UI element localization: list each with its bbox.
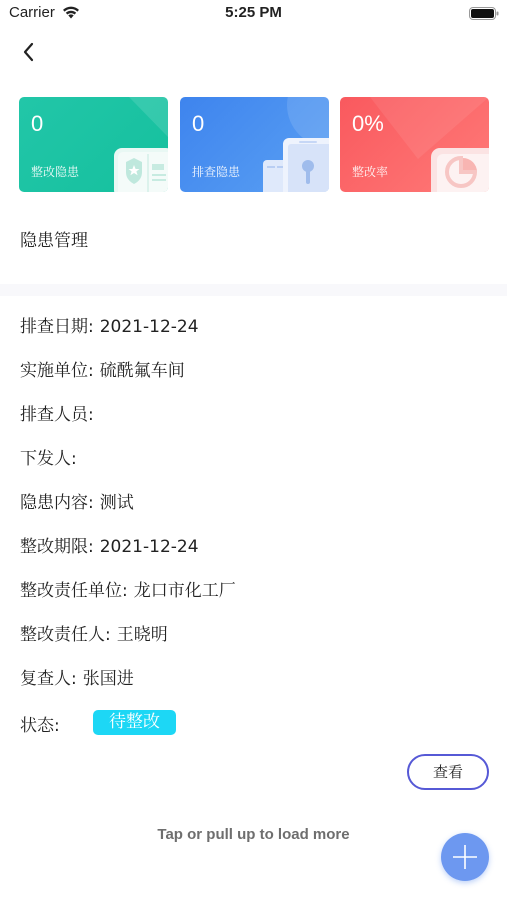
field-status: 状态: 待整改 (20, 710, 60, 736)
field-label: 整改责任人: (20, 622, 111, 666)
section-divider (0, 284, 507, 296)
shield-star-icon (114, 148, 168, 192)
field-inspection-date: 排查日期: 2021-12-24 (20, 314, 490, 358)
status-label: 状态: (20, 711, 60, 736)
field-label: 整改责任单位: (20, 578, 128, 622)
field-hazard-content: 隐患内容: 测试 (20, 490, 490, 534)
field-responsible-person: 整改责任人: 王晓明 (20, 622, 490, 666)
field-rectification-deadline: 整改期限: 2021-12-24 (20, 534, 490, 578)
field-value: 龙口市化工厂 (134, 578, 236, 622)
stat-card-rectification-rate[interactable]: 0% 整改率 (340, 97, 489, 192)
stat-card-rectified-hazards[interactable]: 0 整改隐患 (19, 97, 168, 192)
load-more-link[interactable]: Tap or pull up to load more (0, 826, 507, 843)
field-label: 整改期限: (20, 534, 94, 578)
status-badge: 待整改 (93, 710, 176, 735)
field-implementing-unit: 实施单位: 硫酰氟车间 (20, 358, 490, 402)
stat-card-label: 整改隐患 (31, 163, 79, 180)
battery-icon (469, 7, 499, 20)
hazard-record: 排查日期: 2021-12-24 实施单位: 硫酰氟车间 排查人员: 下发人: … (20, 314, 490, 710)
stat-cards: 0 整改隐患 0 排查隐患 (19, 97, 489, 192)
stat-card-value: 0 (192, 111, 204, 137)
field-value: 硫酰氟车间 (100, 358, 185, 402)
key-document-icon (263, 138, 329, 192)
field-value: 测试 (100, 490, 134, 534)
field-value: 张国进 (83, 666, 134, 710)
stat-card-value: 0% (352, 111, 384, 137)
chevron-left-icon (22, 42, 34, 62)
add-button[interactable] (441, 833, 489, 881)
field-label: 实施单位: (20, 358, 94, 402)
section-title: 隐患管理 (20, 226, 88, 251)
field-value: 2021-12-24 (100, 314, 199, 358)
stat-card-label: 整改率 (352, 163, 388, 180)
field-value: 2021-12-24 (100, 534, 199, 578)
field-label: 排查人员: (20, 402, 94, 446)
status-bar: Carrier 5:25 PM (0, 0, 507, 30)
field-label: 排查日期: (20, 314, 94, 358)
stat-card-value: 0 (31, 111, 43, 137)
field-value: 王晓明 (117, 622, 168, 666)
field-label: 复查人: (20, 666, 77, 710)
field-issuer: 下发人: (20, 446, 490, 490)
field-label: 隐患内容: (20, 490, 94, 534)
stat-card-inspected-hazards[interactable]: 0 排查隐患 (180, 97, 329, 192)
stat-card-label: 排查隐患 (192, 163, 240, 180)
back-button[interactable] (16, 40, 40, 64)
field-reviewer: 复查人: 张国进 (20, 666, 490, 710)
field-responsible-unit: 整改责任单位: 龙口市化工厂 (20, 578, 490, 622)
field-label: 下发人: (20, 446, 77, 490)
view-button[interactable]: 查看 (407, 754, 489, 790)
field-inspectors: 排查人员: (20, 402, 490, 446)
pie-chart-icon (431, 148, 489, 192)
clock: 5:25 PM (0, 4, 507, 21)
plus-icon (452, 844, 478, 870)
